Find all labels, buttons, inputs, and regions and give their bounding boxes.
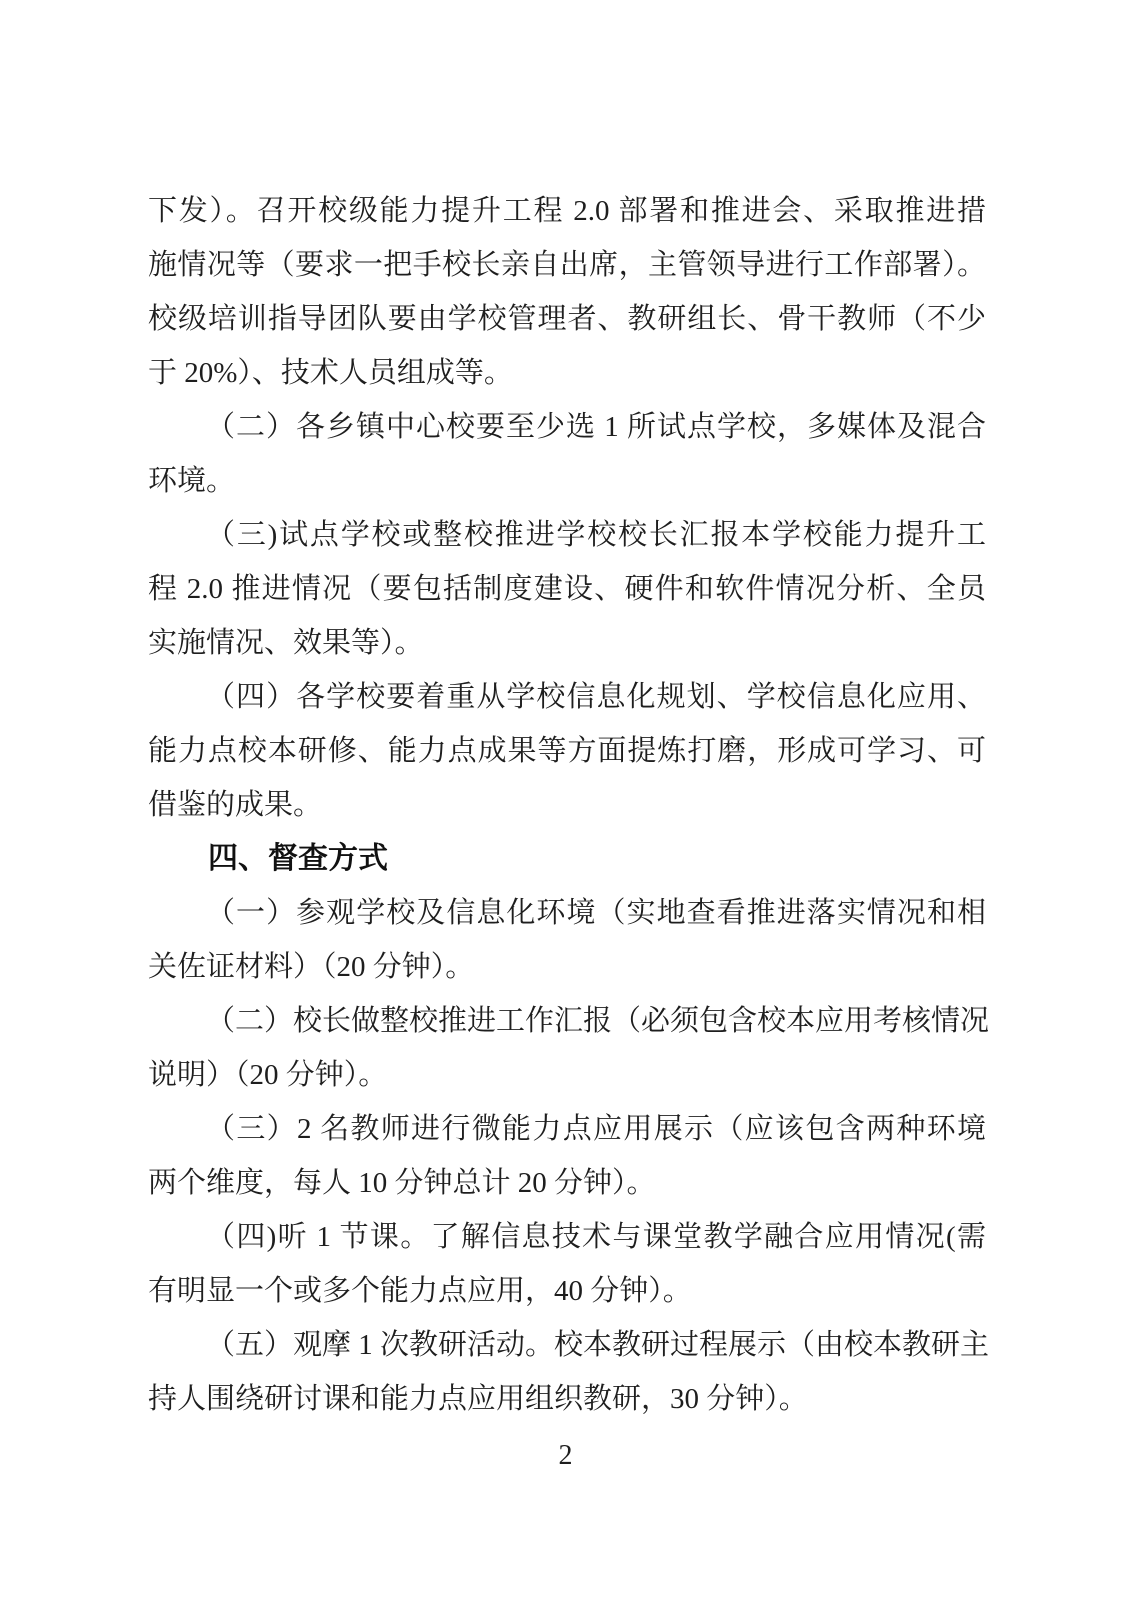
text-line: （二）校长做整校推进工作汇报（必须包含校本应用考核情况 [148,994,986,1048]
text-line: 校级培训指导团队要由学校管理者、教研组长、骨干教师（不少 [148,292,986,346]
paragraph: 下发）。召开校级能力提升工程 2.0 部署和推进会、采取推进措 施情况等（要求一… [148,184,986,400]
text-line: 两个维度，每人 10 分钟总计 20 分钟）。 [148,1156,986,1210]
paragraph: （三)试点学校或整校推进学校校长汇报本学校能力提升工 程 2.0 推进情况（要包… [148,508,986,670]
text-line: 借鉴的成果。 [148,778,986,832]
text-line: （三）2 名教师进行微能力点应用展示（应该包含两种环境 [148,1102,986,1156]
paragraph: （五）观摩 1 次教研活动。校本教研过程展示（由校本教研主 持人围绕研讨课和能力… [148,1318,986,1426]
section-heading: 四、督查方式 [148,832,986,886]
text-line: （五）观摩 1 次教研活动。校本教研过程展示（由校本教研主 [148,1318,986,1372]
paragraph: （四）各学校要着重从学校信息化规划、学校信息化应用、 能力点校本研修、能力点成果… [148,670,986,832]
text-line: 能力点校本研修、能力点成果等方面提炼打磨，形成可学习、可 [148,724,986,778]
text-line: （四)听 1 节课。了解信息技术与课堂教学融合应用情况(需 [148,1210,986,1264]
text-line: 程 2.0 推进情况（要包括制度建设、硬件和软件情况分析、全员 [148,562,986,616]
text-line: 有明显一个或多个能力点应用，40 分钟）。 [148,1264,986,1318]
text-line: （一）参观学校及信息化环境（实地查看推进落实情况和相 [148,886,986,940]
text-line: 关佐证材料）（20 分钟）。 [148,940,986,994]
section-heading-text: 四、督查方式 [148,832,986,886]
paragraph: （一）参观学校及信息化环境（实地查看推进落实情况和相 关佐证材料）（20 分钟）… [148,886,986,994]
page-number: 2 [0,1440,1131,1472]
paragraph: （四)听 1 节课。了解信息技术与课堂教学融合应用情况(需 有明显一个或多个能力… [148,1210,986,1318]
text-line: 施情况等（要求一把手校长亲自出席，主管领导进行工作部署）。 [148,238,986,292]
document-page: 下发）。召开校级能力提升工程 2.0 部署和推进会、采取推进措 施情况等（要求一… [0,0,1131,1600]
text-line: 说明）（20 分钟）。 [148,1048,986,1102]
document-body: 下发）。召开校级能力提升工程 2.0 部署和推进会、采取推进措 施情况等（要求一… [148,184,986,1426]
text-line: （三)试点学校或整校推进学校校长汇报本学校能力提升工 [148,508,986,562]
paragraph: （三）2 名教师进行微能力点应用展示（应该包含两种环境 两个维度，每人 10 分… [148,1102,986,1210]
text-line: 环境。 [148,454,986,508]
text-line: 持人围绕研讨课和能力点应用组织教研，30 分钟）。 [148,1372,986,1426]
text-line: （二）各乡镇中心校要至少选 1 所试点学校，多媒体及混合 [148,400,986,454]
paragraph: （二）校长做整校推进工作汇报（必须包含校本应用考核情况 说明）（20 分钟）。 [148,994,986,1102]
text-line: 下发）。召开校级能力提升工程 2.0 部署和推进会、采取推进措 [148,184,986,238]
text-line: 实施情况、效果等）。 [148,616,986,670]
paragraph: （二）各乡镇中心校要至少选 1 所试点学校，多媒体及混合 环境。 [148,400,986,508]
text-line: （四）各学校要着重从学校信息化规划、学校信息化应用、 [148,670,986,724]
text-line: 于 20%）、技术人员组成等。 [148,346,986,400]
